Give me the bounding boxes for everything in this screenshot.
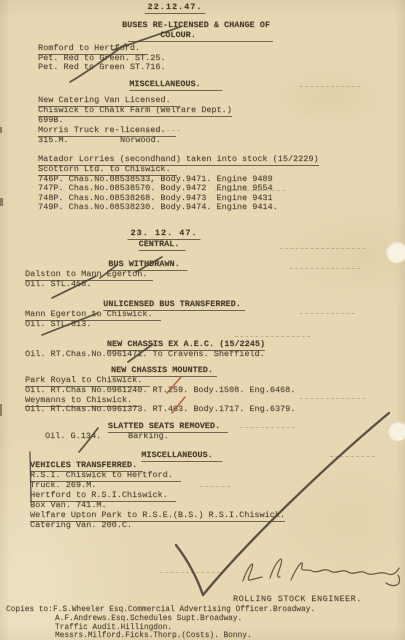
signature-handwriting	[243, 559, 400, 585]
typewriter-ghost-mark	[235, 336, 310, 337]
scan-edge-mark	[0, 404, 2, 416]
pen-big-check-left	[176, 545, 203, 595]
park-royal-detail: Oil. RT.Chas No.0961240. RT.259. Body.15…	[25, 386, 295, 395]
typewriter-ghost-mark	[215, 190, 285, 191]
typewriter-ghost-mark	[300, 313, 355, 314]
scan-edge-mark	[0, 127, 2, 133]
buses-relicensed-heading-line2: COLOUR.	[160, 31, 196, 40]
miscellaneous-heading-top: MISCELLANEOUS.	[129, 80, 222, 91]
pen-big-check-right	[203, 413, 389, 595]
date-heading: 22.12.47.	[145, 3, 206, 14]
transfer-vehicle: Box Van. 741.M.	[30, 501, 107, 510]
transfer-vehicle: Catering Van. 200.C.	[30, 521, 132, 530]
slatted-seats-detail: Oil. G.134.	[45, 432, 101, 441]
bus-entry: Pet. Red to Green ST.716.	[38, 63, 166, 72]
unlicensed-bus-detail: Oil. STL.813.	[25, 320, 91, 329]
document-page: 22.12.47. BUSES RE-LICENSED & CHANGE OF …	[0, 0, 405, 640]
hole-punch	[386, 241, 405, 263]
catering-van-number: 699B.	[38, 116, 64, 125]
weymanns-detail: Oil. RT.Chas.No.0961373. RT.463. Body.17…	[25, 405, 295, 414]
typewriter-ghost-mark	[240, 427, 295, 428]
typewriter-ghost-mark	[290, 268, 360, 269]
copies-recipient: Messrs.Milford.Ficks.Thorp.(Costs). Bonn…	[55, 632, 252, 640]
matador-row: 749P. Chas.No.08538230. Body.9474. Engin…	[38, 203, 278, 212]
typewriter-ghost-mark	[300, 398, 365, 399]
typewriter-ghost-mark	[300, 86, 360, 87]
buses-relicensed-heading-line1: BUSES RE-LICENSED & CHANGE OF	[122, 21, 270, 30]
hole-punch	[388, 421, 405, 441]
typewriter-ghost-mark	[160, 572, 220, 573]
heading-underline	[128, 41, 273, 42]
rolling-stock-engineer-title: ROLLING STOCK ENGINEER.	[233, 595, 362, 604]
central-heading: CENTRAL.	[139, 240, 186, 251]
typewriter-ghost-mark	[280, 248, 365, 249]
matador-row: 747P. Chas.No.08538570. Body.9472 Engine…	[38, 184, 273, 193]
typewriter-ghost-mark	[130, 130, 180, 131]
slatted-seats-location: Barking.	[128, 432, 169, 441]
miscellaneous-heading-bottom: MISCELLANEOUS.	[141, 451, 222, 462]
central-date-heading: 23. 12. 47.	[127, 229, 200, 240]
copies-to-label: Copies to:	[6, 606, 53, 615]
morris-truck-number: 315.M.	[38, 136, 69, 145]
transfer-vehicle: Truck. 269.M.	[30, 481, 96, 490]
scan-edge-mark	[0, 198, 3, 206]
typewriter-ghost-mark	[330, 456, 375, 457]
catering-van-route: Chiswick to Chalk Farm (Welfare Dept.)	[38, 106, 232, 117]
typewriter-ghost-mark	[200, 486, 230, 487]
new-chassis-ex-detail: Oil. RT.Chas.No.0961471. To Cravens. She…	[25, 350, 265, 359]
copies-recipient: A.F.Andrews.Esq.Schedules Supt.Broadway.	[55, 615, 242, 624]
copies-recipient: F.S.Wheeler Esq.Commercial Advertising O…	[53, 606, 315, 615]
bus-withdrawn-detail: Oil. STL.458.	[25, 280, 91, 289]
morris-truck-location: Norwood.	[120, 136, 161, 145]
